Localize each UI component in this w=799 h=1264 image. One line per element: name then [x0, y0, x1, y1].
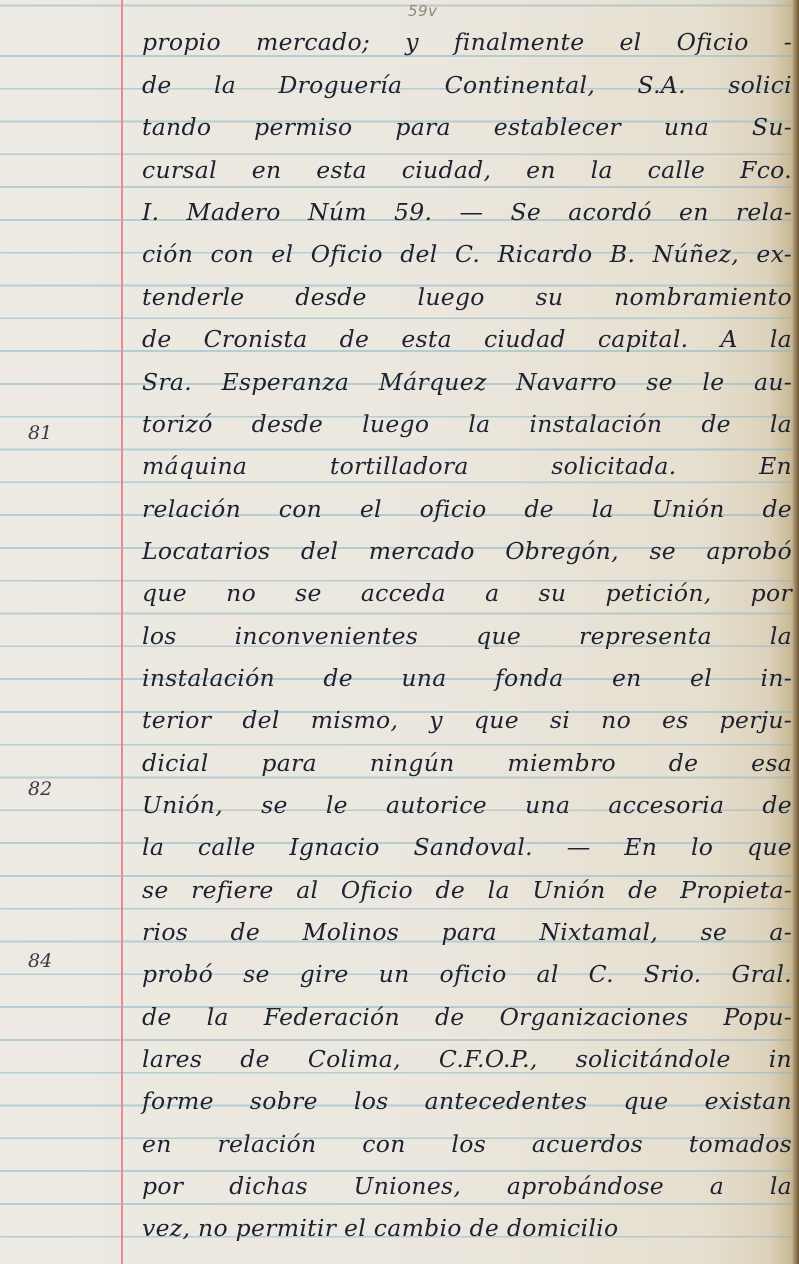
text-line: torizó desde luego la instalación de la: [142, 410, 792, 438]
text-line: cursal en esta ciudad, en la calle Fco.: [142, 156, 792, 184]
text-line: lares de Colima, C.F.O.P., solicitándole…: [142, 1045, 792, 1073]
text-line: relación con el oficio de la Unión de: [142, 495, 792, 523]
text-line: que no se acceda a su petición, por: [142, 579, 792, 607]
text-line: máquina tortilladora solicitada. En: [142, 452, 792, 480]
text-line: se refiere al Oficio de la Unión de Prop…: [142, 876, 792, 904]
margin-rule: [121, 0, 123, 1264]
margin-note: 84: [28, 950, 52, 972]
text-line: la calle Ignacio Sandoval. — En lo que: [142, 833, 792, 861]
text-line: propio mercado; y finalmente el Oficio -: [142, 28, 792, 56]
text-line: de Cronista de esta ciudad capital. A la: [142, 325, 792, 353]
folio-number: 59v: [408, 2, 437, 20]
text-line: rios de Molinos para Nixtamal, se a-: [142, 918, 792, 946]
text-line: terior del mismo, y que si no es perju-: [142, 706, 792, 734]
text-line: Sra. Esperanza Márquez Navarro se le au-: [142, 368, 792, 396]
text-line: por dichas Uniones, aprobándose a la: [142, 1172, 792, 1200]
text-line: instalación de una fonda en el in-: [142, 664, 792, 692]
text-line: I. Madero Núm 59. — Se acordó en rela-: [142, 198, 792, 226]
text-line: en relación con los acuerdos tomados: [142, 1130, 792, 1158]
text-line: los inconvenientes que representa la: [142, 622, 792, 650]
text-line: de la Federación de Organizaciones Popu-: [142, 1003, 792, 1031]
text-line: probó se gire un oficio al C. Srio. Gral…: [142, 960, 792, 988]
text-line: dicial para ningún miembro de esa: [142, 749, 792, 777]
text-line: vez, no permitir el cambio de domicilio: [142, 1214, 792, 1242]
margin-note: 82: [28, 778, 52, 800]
margin-note: 81: [28, 422, 52, 444]
text-line: Unión, se le autorice una accesoria de: [142, 791, 792, 819]
text-line: tando permiso para establecer una Su-: [142, 113, 792, 141]
text-line: ción con el Oficio del C. Ricardo B. Núñ…: [142, 240, 792, 268]
text-line: Locatarios del mercado Obregón, se aprob…: [142, 537, 792, 565]
text-line: tenderle desde luego su nombramiento: [142, 283, 792, 311]
text-line: forme sobre los antecedentes que existan: [142, 1087, 792, 1115]
page-binding-edge: [793, 0, 799, 1264]
text-line: de la Droguería Continental, S.A. solici: [142, 71, 792, 99]
